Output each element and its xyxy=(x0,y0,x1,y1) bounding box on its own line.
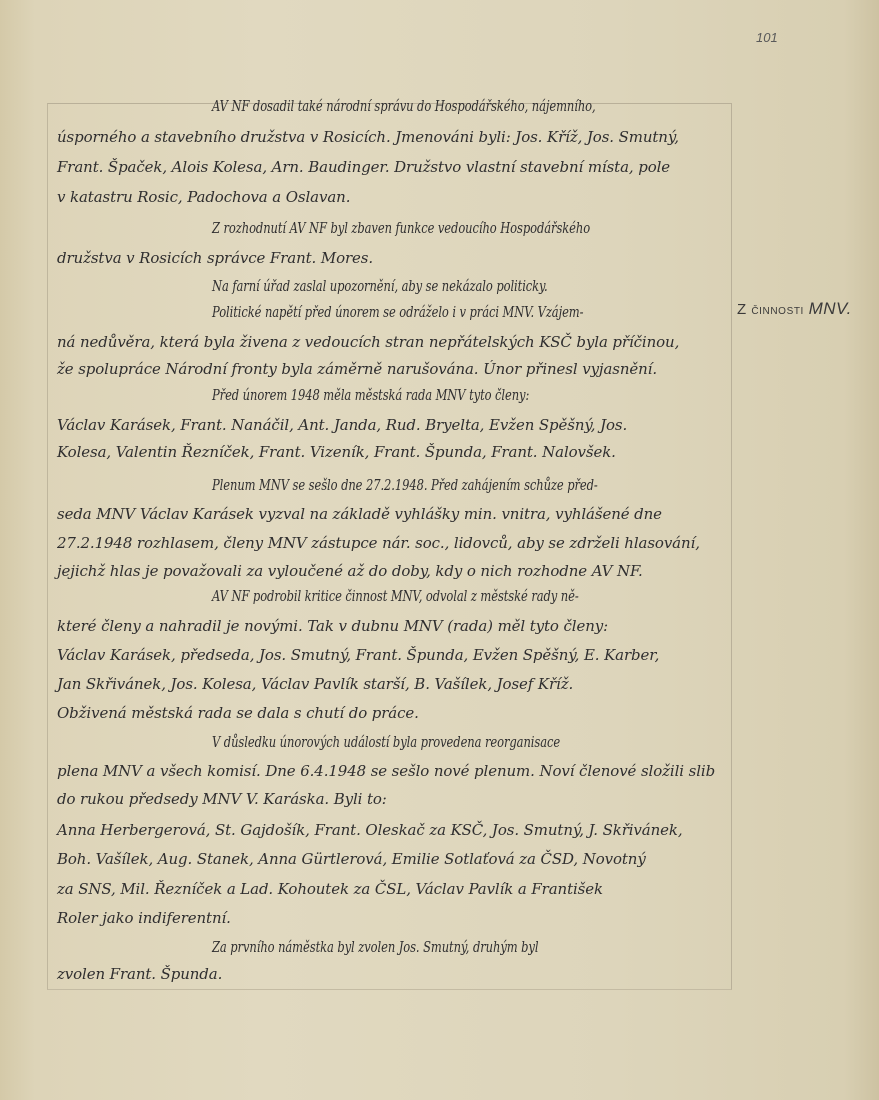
text-line: Na farní úřad zaslal upozornění, aby se … xyxy=(212,277,727,295)
text-line: AV NF dosadil také národní správu do Hos… xyxy=(212,97,727,115)
margin-note-prefix: Z xyxy=(737,301,747,318)
margin-note-abbrev: MNV. xyxy=(809,299,852,318)
text-line: Z rozhodnutí AV NF byl zbaven funkce ved… xyxy=(212,219,727,237)
text-line: Kolesa, Valentin Řezníček, Frant. Vizení… xyxy=(57,443,727,461)
manuscript-page: 101 Z ČINNOSTI MNV. AV NF dosadil také n… xyxy=(0,0,879,1100)
text-line: ná nedůvěra, která byla živena z vedoucí… xyxy=(57,333,727,351)
text-line: za SNS, Mil. Řezníček a Lad. Kohoutek za… xyxy=(57,880,727,898)
page-number: 101 xyxy=(756,30,778,45)
text-line: seda MNV Václav Karásek vyzval na základ… xyxy=(57,505,727,523)
text-line: Roler jako indiferentní. xyxy=(57,909,727,927)
text-line: Václav Karásek, předseda, Jos. Smutný, F… xyxy=(57,646,727,664)
text-line: Anna Herbergerová, St. Gajdošík, Frant. … xyxy=(57,821,727,839)
text-line: které členy a nahradil je novými. Tak v … xyxy=(57,617,727,635)
text-line: úsporného a stavebního družstva v Rosicí… xyxy=(57,128,727,146)
text-line: Za prvního náměstka byl zvolen Jos. Smut… xyxy=(212,938,727,956)
text-line: Politické napětí před únorem se odráželo… xyxy=(212,303,727,321)
text-line: že spolupráce Národní fronty byla záměrn… xyxy=(57,360,727,378)
text-line: AV NF podrobil kritice činnost MNV, odvo… xyxy=(212,587,727,605)
text-line: v katastru Rosic, Padochova a Oslavan. xyxy=(57,188,727,206)
text-line: Obživená městská rada se dala s chutí do… xyxy=(57,704,727,722)
text-line: 27.2.1948 rozhlasem, členy MNV zástupce … xyxy=(57,534,727,552)
text-line: družstva v Rosicích správce Frant. Mores… xyxy=(57,249,727,267)
text-line: Václav Karásek, Frant. Nanáčil, Ant. Jan… xyxy=(57,416,727,434)
text-line: V důsledku únorových událostí byla prove… xyxy=(212,733,727,751)
text-line: zvolen Frant. Špunda. xyxy=(57,965,727,983)
text-line: jejichž hlas je považovali za vyloučené … xyxy=(57,562,727,580)
text-line: Plenum MNV se sešlo dne 27.2.1948. Před … xyxy=(212,476,727,494)
text-line: Jan Skřivánek, Jos. Kolesa, Václav Pavlí… xyxy=(57,675,727,693)
text-line: Frant. Špaček, Alois Kolesa, Arn. Baudin… xyxy=(57,158,727,176)
text-line: Boh. Vašílek, Aug. Stanek, Anna Gürtlero… xyxy=(57,850,727,868)
text-line: Před únorem 1948 měla městská rada MNV t… xyxy=(212,386,727,404)
margin-note-word: ČINNOSTI xyxy=(751,306,804,317)
margin-note: Z ČINNOSTI MNV. xyxy=(737,299,852,319)
text-line: do rukou předsedy MNV V. Karáska. Byli t… xyxy=(57,790,727,808)
text-line: plena MNV a všech komisí. Dne 6.4.1948 s… xyxy=(57,762,727,780)
